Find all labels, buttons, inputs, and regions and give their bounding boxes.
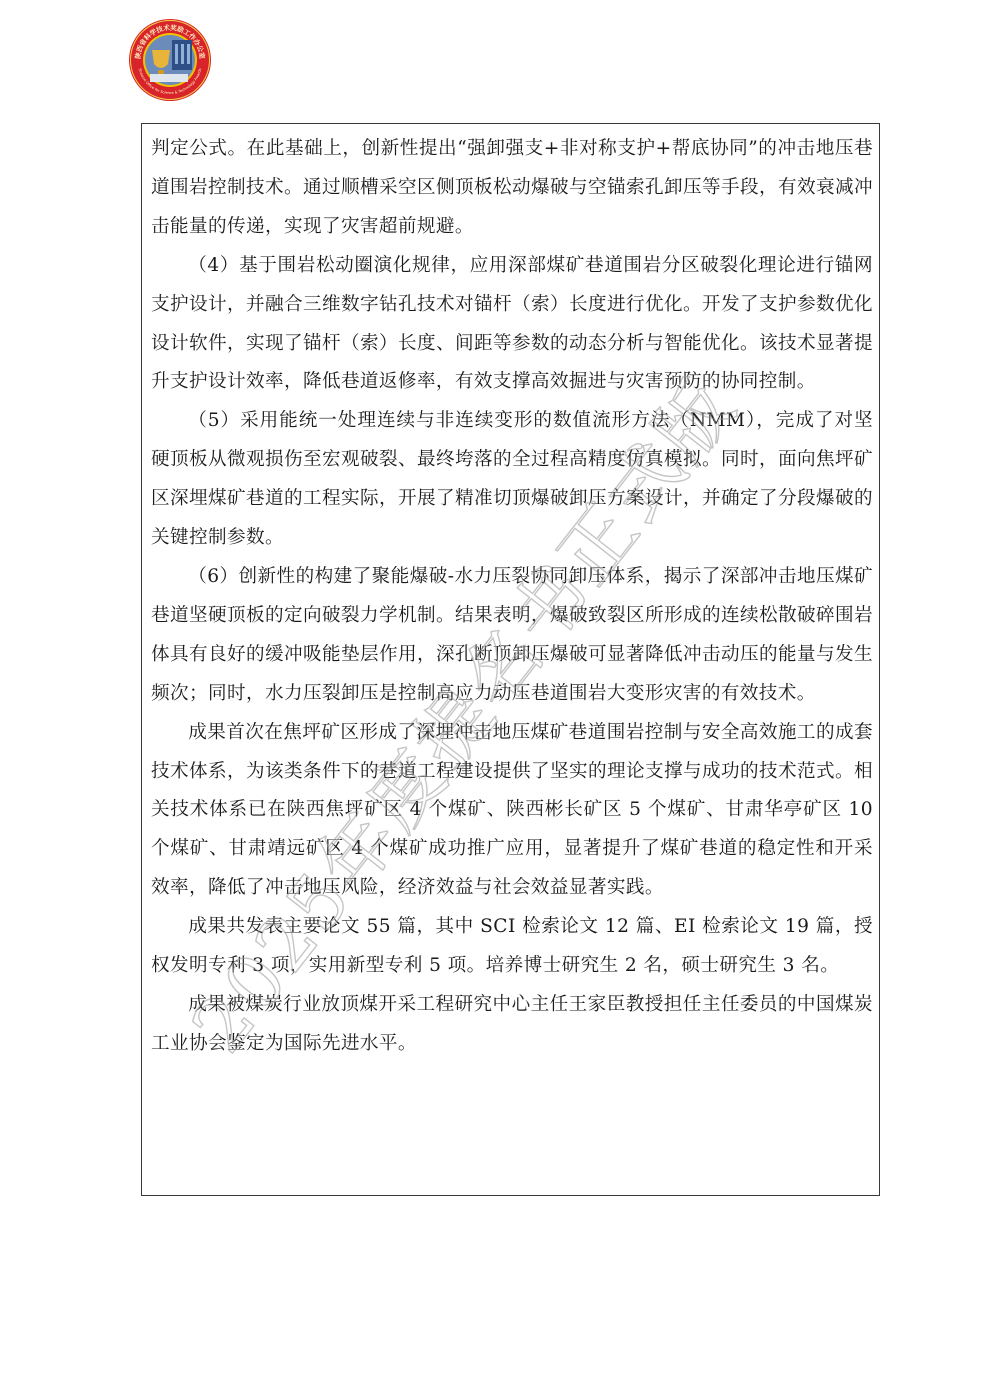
- paragraph-publications: 成果共发表主要论文 55 篇，其中 SCI 检索论文 12 篇、EI 检索论文 …: [151, 908, 873, 986]
- seal-logo-icon: 陕西省科学技术奖励工作办公室 Shaanxi Office for Scienc…: [128, 18, 212, 102]
- content-box: 判定公式。在此基础上，创新性提出“强卸强支+非对称支护+帮底协同”的冲击地压巷道…: [141, 123, 880, 1196]
- paragraph-item-5: （5）采用能统一处理连续与非连续变形的数值流形方法（NMM），完成了对坚硬顶板从…: [151, 402, 873, 558]
- paragraph-item-4: （4）基于围岩松动圈演化规律，应用深部煤矿巷道围岩分区破裂化理论进行锚网支护设计…: [151, 247, 873, 403]
- seal-logo: 陕西省科学技术奖励工作办公室 Shaanxi Office for Scienc…: [128, 18, 212, 102]
- paragraph-continuation: 判定公式。在此基础上，创新性提出“强卸强支+非对称支护+帮底协同”的冲击地压巷道…: [151, 130, 873, 247]
- paragraph-application: 成果首次在焦坪矿区形成了深埋冲击地压煤矿巷道围岩控制与安全高效施工的成套技术体系…: [151, 714, 873, 909]
- document-body: 判定公式。在此基础上，创新性提出“强卸强支+非对称支护+帮底协同”的冲击地压巷道…: [151, 130, 873, 1064]
- paragraph-appraisal: 成果被煤炭行业放顶煤开采工程研究中心主任王家臣教授担任主任委员的中国煤炭工业协会…: [151, 986, 873, 1064]
- paragraph-item-6: （6）创新性的构建了聚能爆破-水力压裂协同卸压体系，揭示了深部冲击地压煤矿巷道坚…: [151, 558, 873, 714]
